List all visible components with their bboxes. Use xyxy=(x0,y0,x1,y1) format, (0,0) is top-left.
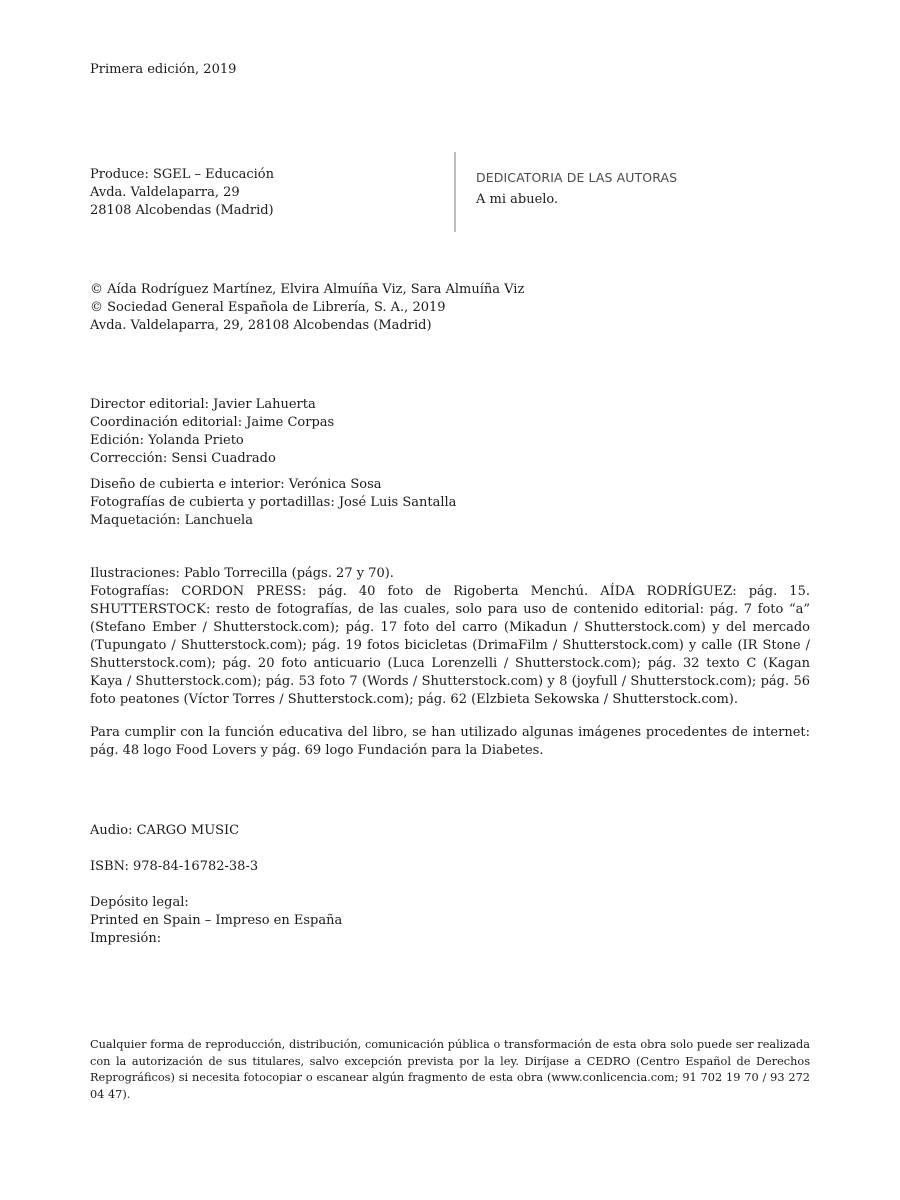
credit-line: Fotografías de cubierta y portadillas: J… xyxy=(90,494,456,512)
internet-images-note: Para cumplir con la función educativa de… xyxy=(90,724,810,760)
legal-line: Printed en Spain – Impreso en España xyxy=(90,912,342,930)
copyright-notice: Cualquier forma de reproducción, distrib… xyxy=(90,1037,810,1103)
credit-line: Corrección: Sensi Cuadrado xyxy=(90,450,334,468)
producer-line: 28108 Alcobendas (Madrid) xyxy=(90,202,274,220)
producer-block: Produce: SGEL – Educación Avda. Valdelap… xyxy=(90,166,274,220)
copyright-line: © Sociedad General Española de Librería,… xyxy=(90,299,524,317)
editorial-credits: Director editorial: Javier Lahuerta Coor… xyxy=(90,396,334,468)
credit-line: Coordinación editorial: Jaime Corpas xyxy=(90,414,334,432)
dedication-title: DEDICATORIA DE LAS AUTORAS xyxy=(476,169,677,187)
copyright-line: © Aída Rodríguez Martínez, Elvira Almuíñ… xyxy=(90,281,524,299)
illustrations-credit: Ilustraciones: Pablo Torrecilla (págs. 2… xyxy=(90,565,394,583)
copyright-block: © Aída Rodríguez Martínez, Elvira Almuíñ… xyxy=(90,281,524,335)
photographs-credit: Fotografías: CORDON PRESS: pág. 40 foto … xyxy=(90,583,810,709)
credit-line: Diseño de cubierta e interior: Verónica … xyxy=(90,476,456,494)
design-credits: Diseño de cubierta e interior: Verónica … xyxy=(90,476,456,530)
copyright-line: Avda. Valdelaparra, 29, 28108 Alcobendas… xyxy=(90,317,524,335)
isbn: ISBN: 978-84-16782-38-3 xyxy=(90,858,258,876)
dedication-block: DEDICATORIA DE LAS AUTORAS A mi abuelo. xyxy=(476,169,677,209)
legal-block: Depósito legal: Printed en Spain – Impre… xyxy=(90,894,342,948)
dedication-text: A mi abuelo. xyxy=(476,191,677,209)
credit-line: Edición: Yolanda Prieto xyxy=(90,432,334,450)
audio-credit: Audio: CARGO MUSIC xyxy=(90,822,239,840)
producer-line: Produce: SGEL – Educación xyxy=(90,166,274,184)
vertical-divider xyxy=(454,152,456,232)
credit-line: Director editorial: Javier Lahuerta xyxy=(90,396,334,414)
legal-line: Impresión: xyxy=(90,930,342,948)
producer-line: Avda. Valdelaparra, 29 xyxy=(90,184,274,202)
edition-line: Primera edición, 2019 xyxy=(90,61,236,79)
legal-line: Depósito legal: xyxy=(90,894,342,912)
credit-line: Maquetación: Lanchuela xyxy=(90,512,456,530)
